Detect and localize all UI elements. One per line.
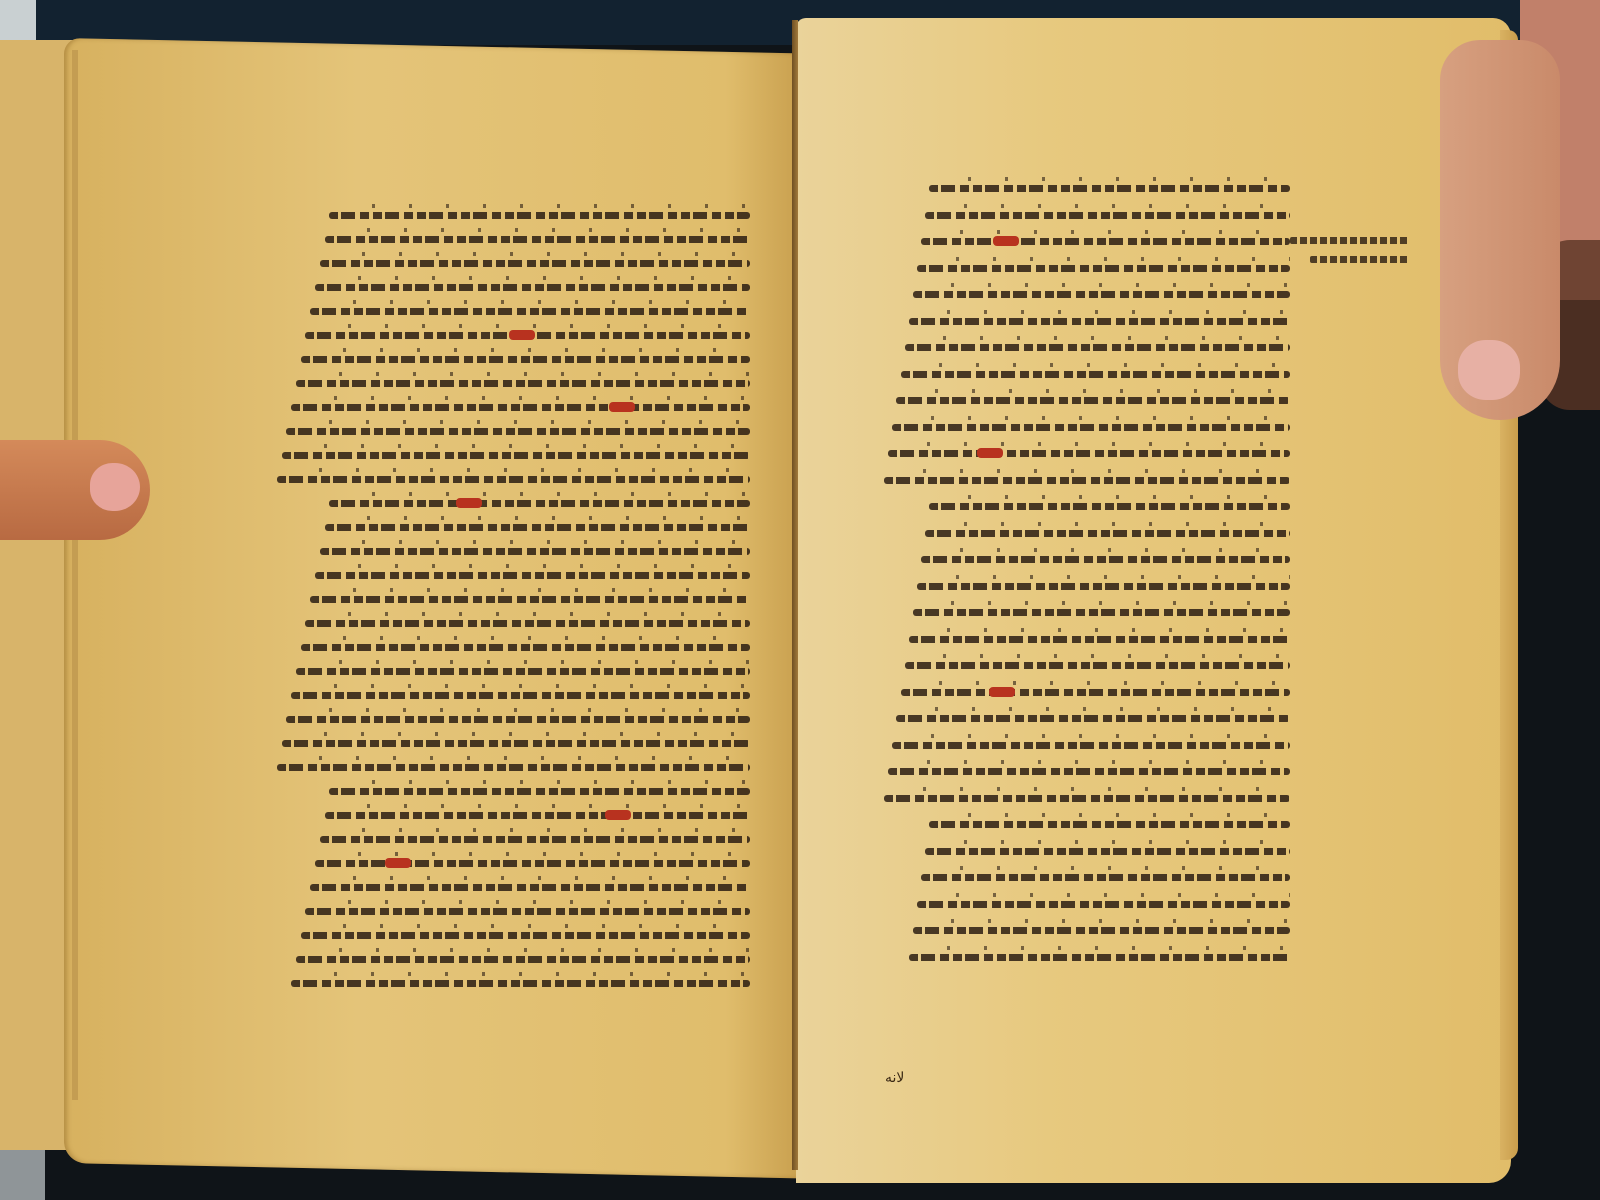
red-rubric	[993, 236, 1019, 246]
left-page-text-block: والحق أن هذه الروايات محمولة على عدم وجو…	[272, 200, 750, 992]
manuscript-line: الرجل يصلي بقوم يكرهون أن يجهر ببسم الله…	[880, 491, 1290, 518]
manuscript-line: والحق أن هذه الروايات محمولة على عدم وجو…	[272, 320, 750, 344]
manuscript-line: محافظة على تجردها عما هو خارج عنه ينفي ذ…	[272, 968, 750, 992]
red-rubric	[989, 687, 1015, 697]
margin-note-line: عن أم القرآن قال لا إن كان أحد يركع فليع…	[1310, 256, 1410, 263]
manuscript-line: عن أبي عبد الله أنهما سئلا عمن يقرأ بسم …	[880, 279, 1290, 306]
fingernail	[90, 463, 140, 511]
manuscript-line: عن أبي عبد الله أنهما سئلا عمن يقرأ بسم …	[880, 544, 1290, 571]
manuscript-line: ولا دلالة على كونها ليست آية من السورة ك…	[272, 944, 750, 968]
manuscript-line: وحرك فاقرأها وإن شئت فسبح وعلى التساوي	[272, 656, 750, 680]
margin-note-line: ورواية ابن بصير قال سألت أبا عبد الله	[1290, 237, 1410, 244]
manuscript-line: وروايات عن مسألة غير موضوعه في الصلوة في…	[880, 597, 1290, 624]
manuscript-line: ولا دلالة على كونها ليست آية من السورة ك…	[272, 584, 750, 608]
left-hand-finger	[0, 430, 155, 550]
manuscript-line: فاتحة الكتاب في صلوته قال لا صلوة له إلا…	[880, 438, 1290, 465]
manuscript-line: محافظة على تجردها عما هو خارج عنه ينفي ذ…	[272, 248, 750, 272]
manuscript-line: عن أبي عبد الله أنهما سئلا عمن يقرأ بسم …	[880, 677, 1290, 704]
manuscript-line: وروايات عن مسألة غير موضوعه في الصلوة في…	[880, 465, 1290, 492]
manuscript-line: وروايات عن مسألة غير موضوعه في الصلوة في…	[880, 730, 1290, 757]
margin-note: ورواية ابن بصير قال سألت أبا عبد الله عن…	[1290, 237, 1410, 287]
red-rubric	[509, 330, 535, 340]
thumbnail	[1458, 340, 1520, 400]
manuscript-line: محافظة على تجردها عما هو خارج عنه ينفي ذ…	[272, 488, 750, 512]
book-gutter	[792, 20, 798, 1170]
manuscript-line: محافظة على تجردها عما هو خارج عنه ينفي ذ…	[272, 728, 750, 752]
manuscript-line: والحق أن هذه الروايات محمولة على عدم وجو…	[272, 560, 750, 584]
right-page-text-block: فاتحة الكتاب في صلوته قال لا صلوة له إلا…	[880, 173, 1290, 968]
manuscript-line: الرجل يصلي بقوم يكرهون أن يجهر ببسم الله…	[880, 226, 1290, 253]
manuscript-line: والحق أن هذه الروايات محمولة على عدم وجو…	[272, 440, 750, 464]
manuscript-line: التزاع قوله ويجب ترتيب كلماتها وآياتها ع…	[272, 872, 750, 896]
manuscript-line: التزاع قوله ويجب ترتيب كلماتها وآياتها ع…	[272, 752, 750, 776]
manuscript-line: محافظة على تجردها عما هو خارج عنه ينفي ذ…	[272, 608, 750, 632]
manuscript-line: وحرك فاقرأها وإن شئت فسبح وعلى التساوي	[272, 776, 750, 800]
manuscript-line: عن أبي عبد الله أنهما سئلا عمن يقرأ بسم …	[880, 942, 1290, 969]
note-card-corner	[0, 0, 36, 45]
manuscript-line: والحق أن هذه الروايات محمولة على عدم وجو…	[272, 200, 750, 224]
manuscript-line: الرجل يصلي بقوم يكرهون أن يجهر ببسم الله…	[880, 756, 1290, 783]
manuscript-line: ولا دلالة على كونها ليست آية من السورة ك…	[272, 464, 750, 488]
red-rubric	[456, 498, 482, 508]
manuscript-line: ولا دلالة على كونها ليست آية من السورة ك…	[272, 344, 750, 368]
manuscript-line: والحق أن هذه الروايات محمولة على عدم وجو…	[272, 920, 750, 944]
manuscript-line: وحرك فاقرأها وإن شئت فسبح وعلى التساوي	[272, 896, 750, 920]
manuscript-line: عن أبي عبد الله أنهما سئلا عمن يقرأ بسم …	[880, 412, 1290, 439]
table-corner	[0, 1145, 45, 1200]
manuscript-line: التزاع قوله ويجب ترتيب كلماتها وآياتها ع…	[272, 632, 750, 656]
manuscript-line: وروايات عن مسألة غير موضوعه في الصلوة في…	[880, 332, 1290, 359]
manuscript-line: والحق أن هذه الروايات محمولة على عدم وجو…	[272, 680, 750, 704]
manuscript-line: ولا دلالة على كونها ليست آية من السورة ك…	[272, 824, 750, 848]
red-rubric	[385, 858, 411, 868]
left-page-edge-crease	[72, 50, 78, 1100]
manuscript-line: التزاع قوله ويجب ترتيب كلماتها وآياتها ع…	[272, 512, 750, 536]
right-hand-thumb	[1430, 0, 1600, 420]
manuscript-line: وروايات عن مسألة غير موضوعه في الصلوة في…	[880, 862, 1290, 889]
manuscript-line: فاتحة الكتاب في صلوته قال لا صلوة له إلا…	[880, 571, 1290, 598]
manuscript-line: فاتحة الكتاب في صلوته قال لا صلوة له إلا…	[880, 836, 1290, 863]
manuscript-line: فاتحة الكتاب في صلوته قال لا صلوة له إلا…	[880, 173, 1290, 200]
manuscript-line: بسم الله الرحمن الرحيم قال نعم إذا افتتح…	[880, 783, 1290, 810]
manuscript-line: التزاع قوله ويجب ترتيب كلماتها وآياتها ع…	[272, 392, 750, 416]
catchword: لانه	[885, 1070, 904, 1086]
red-rubric	[609, 402, 635, 412]
manuscript-line: الرجل يصلي بقوم يكرهون أن يجهر ببسم الله…	[880, 624, 1290, 651]
manuscript-line: الرجل يصلي بقوم يكرهون أن يجهر ببسم الله…	[880, 889, 1290, 916]
manuscript-line: وروايات عن مسألة غير موضوعه في الصلوة في…	[880, 200, 1290, 227]
manuscript-line: الرجل يصلي بقوم يكرهون أن يجهر ببسم الله…	[880, 359, 1290, 386]
manuscript-line: فاتحة الكتاب في صلوته قال لا صلوة له إلا…	[880, 703, 1290, 730]
manuscript-line: بسم الله الرحمن الرحيم قال نعم إذا افتتح…	[880, 650, 1290, 677]
manuscript-line: بسم الله الرحمن الرحيم قال نعم إذا افتتح…	[880, 385, 1290, 412]
manuscript-line: ولا دلالة على كونها ليست آية من السورة ك…	[272, 224, 750, 248]
manuscript-line: وحرك فاقرأها وإن شئت فسبح وعلى التساوي	[272, 536, 750, 560]
manuscript-line: وحرك فاقرأها وإن شئت فسبح وعلى التساوي	[272, 416, 750, 440]
manuscript-line: محافظة على تجردها عما هو خارج عنه ينفي ذ…	[272, 368, 750, 392]
manuscript-line: بسم الله الرحمن الرحيم قال نعم إذا افتتح…	[880, 915, 1290, 942]
manuscript-line: ولا دلالة على كونها ليست آية من السورة ك…	[272, 704, 750, 728]
manuscript-line: عن أبي عبد الله أنهما سئلا عمن يقرأ بسم …	[880, 809, 1290, 836]
manuscript-line: بسم الله الرحمن الرحيم قال نعم إذا افتتح…	[880, 253, 1290, 280]
manuscript-line: وحرك فاقرأها وإن شئت فسبح وعلى التساوي	[272, 296, 750, 320]
red-rubric	[605, 810, 631, 820]
manuscript-line: محافظة على تجردها عما هو خارج عنه ينفي ذ…	[272, 848, 750, 872]
manuscript-line: التزاع قوله ويجب ترتيب كلماتها وآياتها ع…	[272, 272, 750, 296]
red-rubric	[977, 448, 1003, 458]
manuscript-line: فاتحة الكتاب في صلوته قال لا صلوة له إلا…	[880, 306, 1290, 333]
manuscript-line: بسم الله الرحمن الرحيم قال نعم إذا افتتح…	[880, 518, 1290, 545]
manuscript-line: والحق أن هذه الروايات محمولة على عدم وجو…	[272, 800, 750, 824]
